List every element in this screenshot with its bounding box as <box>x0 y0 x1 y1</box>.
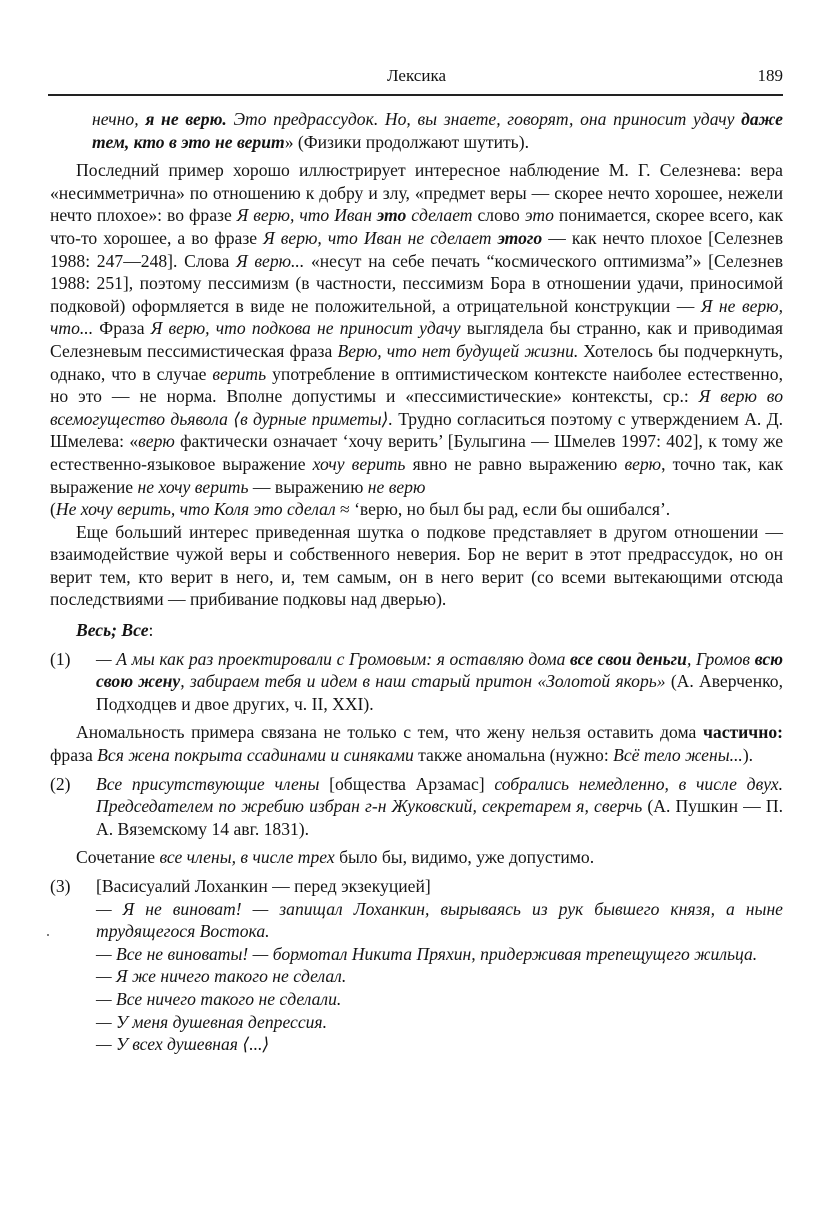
quote-text: , Громов <box>687 649 755 669</box>
example-text: — А мы как раз проектировали с Громовым:… <box>96 648 783 716</box>
example-1: (1) — А мы как раз проектировали с Громо… <box>50 648 783 716</box>
example-phrase: Верю, что нет будущей жизни. <box>337 341 578 361</box>
text: было бы, видимо, уже допустимо. <box>335 847 594 867</box>
quote-attribution: » (Физики продолжают шутить). <box>285 132 529 152</box>
dialogue-line: — Все ничего такого не сделали. <box>96 988 783 1011</box>
dialogue-line: — У меня душевная депрессия. <box>96 1011 783 1034</box>
example-phrase: это <box>525 205 554 225</box>
paragraph-horseshoe: Еще больший интерес приведенная шутка о … <box>50 521 783 611</box>
example-phrase: верить <box>212 364 266 384</box>
text: фраза <box>50 745 97 765</box>
example-text: Все присутствующие члены [общества Арзам… <box>96 773 783 841</box>
scan-speck <box>47 934 49 936</box>
example-phrase: верю <box>624 454 661 474</box>
text: Фраза <box>93 318 151 338</box>
section-heading-text: Весь; Все <box>76 620 149 640</box>
example-number: (3) <box>50 875 96 1056</box>
emphasis: частично: <box>703 722 783 742</box>
section-heading: Весь; Все: <box>50 619 783 642</box>
example-phrase: сделает <box>406 205 472 225</box>
paragraph-seleznev: Последний пример хорошо иллюстрирует инт… <box>50 159 783 521</box>
example-phrase: Всё тело жены... <box>613 745 743 765</box>
example-phrase: Я верю, что Иван не сделает <box>263 228 497 248</box>
example-phrase: не хочу верить <box>138 477 249 497</box>
text: явно не равно выражению <box>405 454 624 474</box>
example-emphasis: этого <box>498 228 543 248</box>
quote-text: — А мы как раз проектировали с Громовым:… <box>96 649 570 669</box>
text: ≈ ‘верю, но был бы рад, если бы ошибался… <box>336 499 671 519</box>
running-head-title: Лексика <box>50 66 783 86</box>
quote-text: Все присутствующие члены <box>96 774 319 794</box>
example-emphasis: это <box>377 205 406 225</box>
example-number: (1) <box>50 648 96 716</box>
stage-direction: [Васисуалий Лоханкин — перед экзекуцией] <box>96 875 783 898</box>
example-phrase: верю <box>138 431 175 451</box>
paragraph-combination: Сочетание все члены, в числе трех было б… <box>50 846 783 869</box>
example-phrase: Я верю... <box>236 251 304 271</box>
editorial-insert: [общества Арзамас] <box>319 774 494 794</box>
example-number: (2) <box>50 773 96 841</box>
example-phrase: Вся жена покрыта ссадинами и синяками <box>97 745 414 765</box>
example-phrase: Я верю, что подкова не приносит удачу <box>151 318 461 338</box>
example-phrase: не верю <box>368 477 426 497</box>
quote-emphasis: все свои деньги <box>570 649 687 669</box>
header-rule <box>48 94 783 96</box>
text: — выражению <box>249 477 368 497</box>
text: Аномальность примера связана не только с… <box>76 722 703 742</box>
dialogue-line: — Все не виноваты! — бормотал Никита Пря… <box>96 943 783 966</box>
page-number: 189 <box>758 66 784 86</box>
quote-text: , забираем тебя и идем в наш старый прит… <box>180 671 665 691</box>
heading-colon: : <box>149 620 154 640</box>
running-head: Лексика 189 <box>50 66 783 90</box>
text: Сочетание <box>76 847 159 867</box>
text: также аномальна (нужно: <box>414 745 613 765</box>
paragraph-anomaly: Аномальность примера связана не только с… <box>50 721 783 766</box>
quote-text: Это предрассудок. Но, вы знаете, говорят… <box>227 109 741 129</box>
example-phrase: все члены, в числе трех <box>159 847 334 867</box>
dialogue-line: — У всех душевная ⟨...⟩ <box>96 1033 783 1056</box>
quote-emphasis: я не верю. <box>145 109 227 129</box>
example-phrase: хочу верить <box>313 454 406 474</box>
example-2: (2) Все присутствующие члены [общества А… <box>50 773 783 841</box>
example-3: (3) [Васисуалий Лоханкин — перед экзекуц… <box>50 875 783 1056</box>
quote-text: нечно, <box>92 109 145 129</box>
quote-continuation: нечно, я не верю. Это предрассудок. Но, … <box>50 108 783 153</box>
text: ). <box>743 745 753 765</box>
dialogue-line: — Я же ничего такого не сделал. <box>96 965 783 988</box>
page-body: нечно, я не верю. Это предрассудок. Но, … <box>50 108 783 1056</box>
dialogue-line: — Я не виноват! — запищал Лоханкин, выры… <box>96 898 783 943</box>
example-dialogue: [Васисуалий Лоханкин — перед экзекуцией]… <box>96 875 783 1056</box>
example-phrase: Не хочу верить, что Коля это сделал <box>56 499 336 519</box>
example-phrase: Я верю, что Иван <box>237 205 377 225</box>
text: слово <box>473 205 525 225</box>
